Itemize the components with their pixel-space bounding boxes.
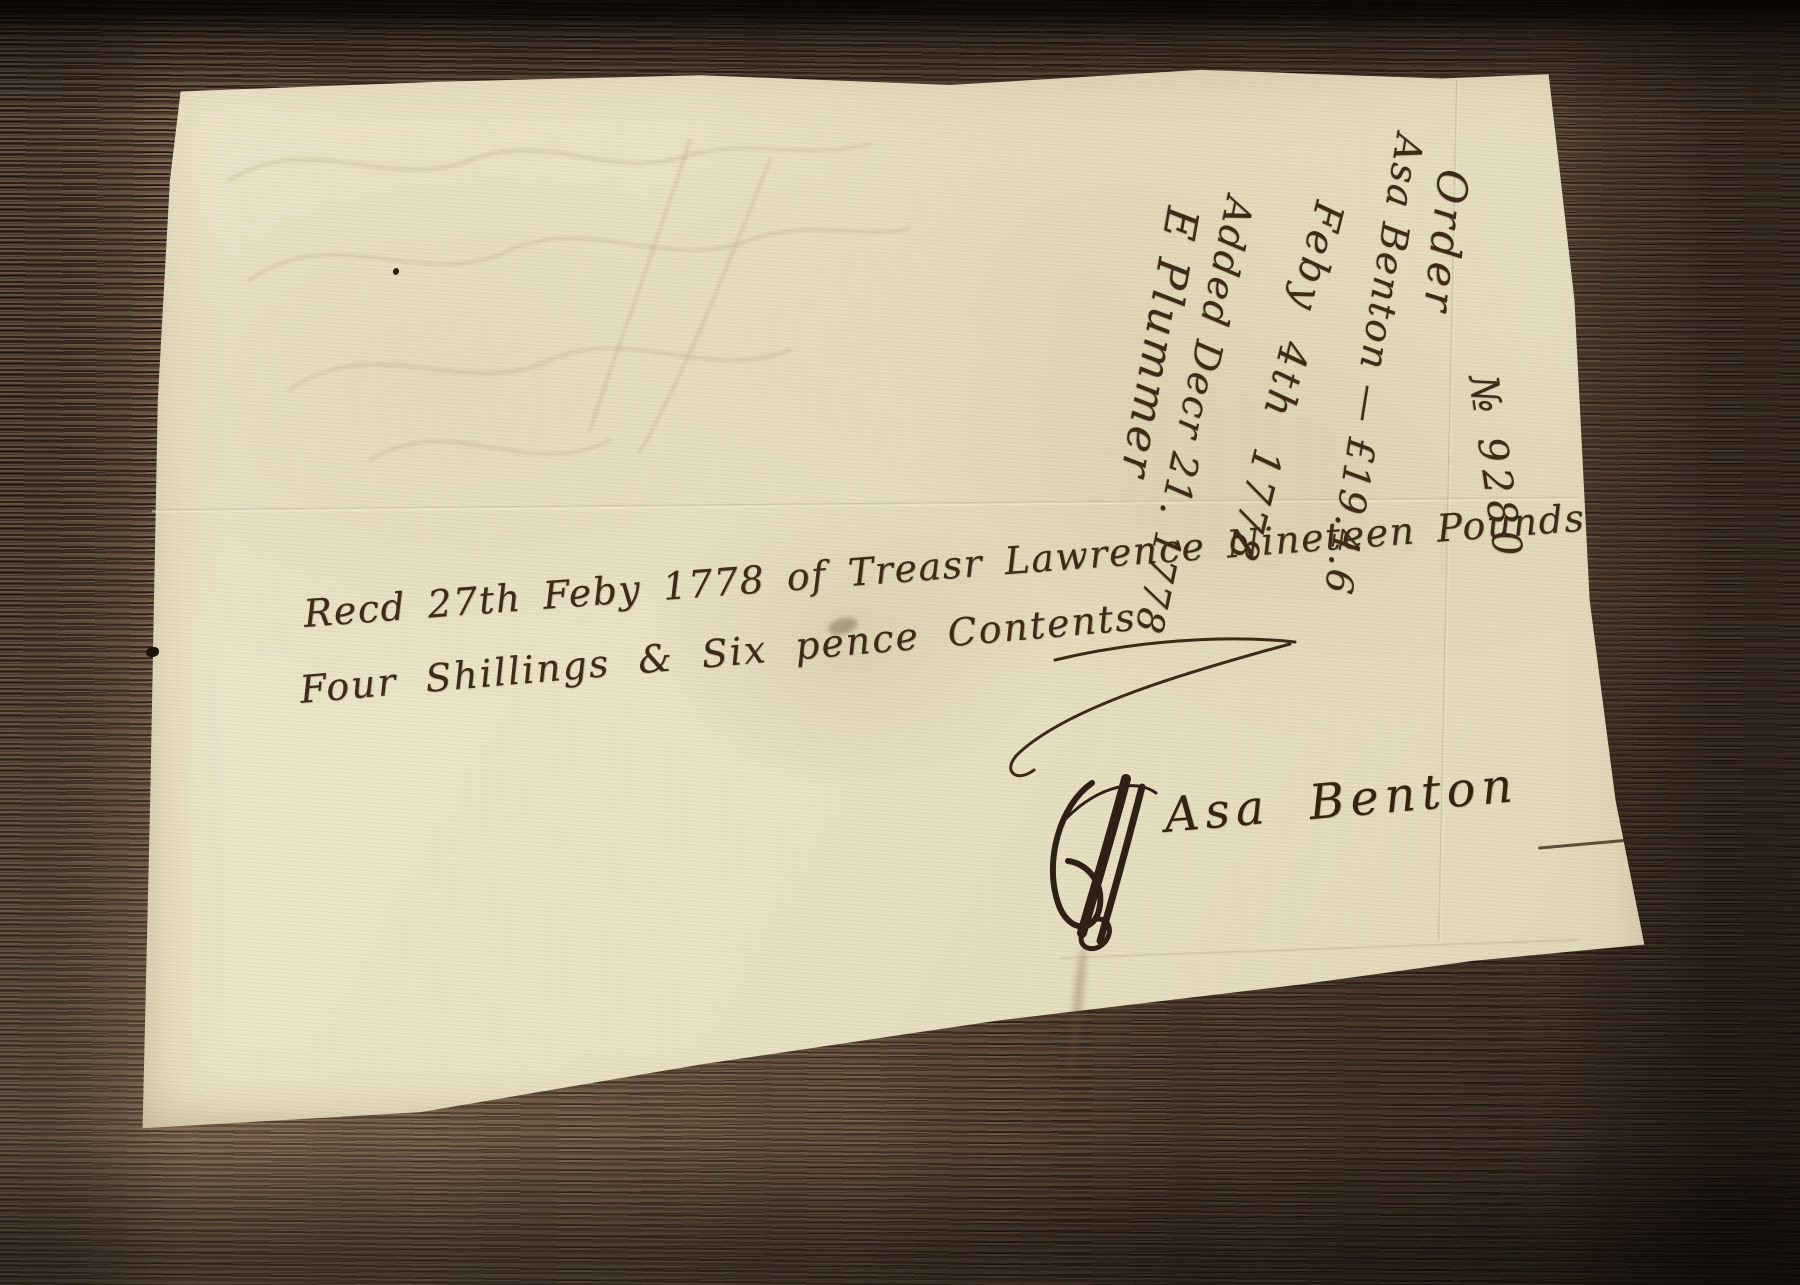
photo-stage: № 9280 Order Asa Benton — £19.4.6 Feby 4… [0,0,1800,1285]
ink-speck-bottom [1213,1042,1218,1047]
paraph-flourish [1030,765,1170,955]
bleed-through-writing [170,100,990,530]
